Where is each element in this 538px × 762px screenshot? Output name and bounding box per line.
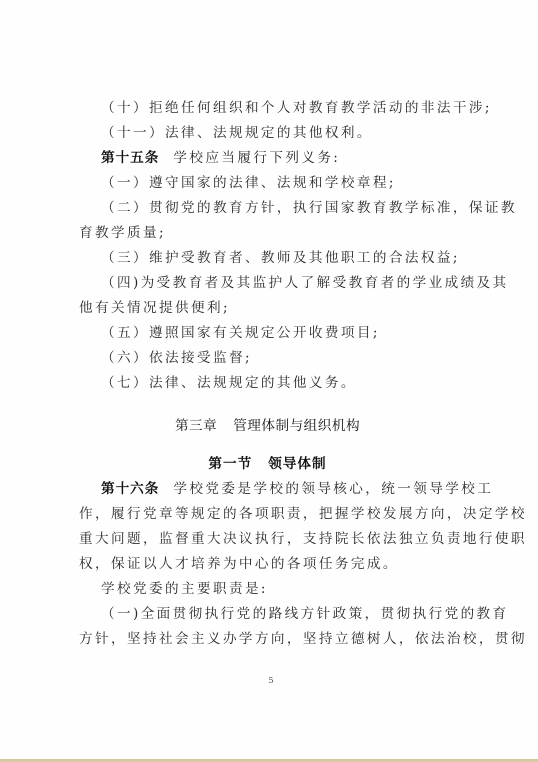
duty-item-3: （三）维护受教育者、教师及其他职工的合法权益; [79, 246, 456, 271]
duty-item-5: （五）遵照国家有关规定公开收费项目; [79, 321, 456, 346]
chapter-number: 第三章 [175, 418, 217, 434]
duty-item-2-continued: 育教学质量; [79, 221, 456, 246]
rights-item-10: （十）拒绝任何组织和个人对教育教学活动的非法干涉; [79, 96, 456, 121]
party-duty-item-1: （一)全面贯彻执行党的路线方针政策，贯彻执行党的教育 [79, 602, 456, 627]
article-15-label: 第十五条 [101, 150, 159, 166]
article-16-heading: 第十六条学校党委是学校的领导核心，统一领导学校工 [79, 477, 456, 502]
section-number: 第一节 [208, 456, 252, 472]
article-16-line-4: 权，保证以人才培养为中心的各项任务完成。 [79, 552, 456, 577]
section-title: 领导体制 [268, 456, 326, 472]
article-16-text: 学校党委是学校的领导核心，统一领导学校工 [173, 481, 493, 497]
article-16-line-3: 重大问题，监督重大决议执行，支持院长依法独立负责地行使职 [79, 527, 456, 552]
party-duty-item-1-continued: 方针，坚持社会主义办学方向，坚持立德树人，依法治校，贯彻 [79, 627, 456, 652]
duty-item-1: （一）遵守国家的法律、法规和学校章程; [79, 171, 456, 196]
party-duties-intro: 学校党委的主要职责是: [79, 577, 456, 602]
duty-item-2: （二）贯彻党的教育方针，执行国家教育教学标准，保证教 [79, 196, 456, 221]
chapter-heading: 第三章管理体制与组织机构 [79, 414, 456, 439]
duty-item-6: （六）依法接受监督; [79, 346, 456, 371]
rights-item-11: （十一）法律、法规规定的其他权利。 [79, 121, 456, 146]
duty-item-4: （四)为受教育者及其监护人了解受教育者的学业成绩及其 [79, 271, 456, 296]
article-15-text: 学校应当履行下列义务: [173, 150, 340, 166]
section-heading: 第一节领导体制 [79, 452, 456, 477]
chapter-title: 管理体制与组织机构 [233, 418, 360, 434]
document-page: （十）拒绝任何组织和个人对教育教学活动的非法干涉; （十一）法律、法规规定的其他… [0, 0, 538, 759]
article-15-heading: 第十五条学校应当履行下列义务: [79, 146, 456, 171]
page-number: 5 [266, 676, 276, 685]
article-16-label: 第十六条 [101, 481, 159, 497]
duty-item-7: （七）法律、法规规定的其他义务。 [79, 371, 456, 396]
article-16-line-2: 作，履行党章等规定的各项职责，把握学校发展方向，决定学校 [79, 502, 456, 527]
duty-item-4-continued: 他有关情况提供便利; [79, 296, 456, 321]
page-content: （十）拒绝任何组织和个人对教育教学活动的非法干涉; （十一）法律、法规规定的其他… [79, 96, 456, 652]
